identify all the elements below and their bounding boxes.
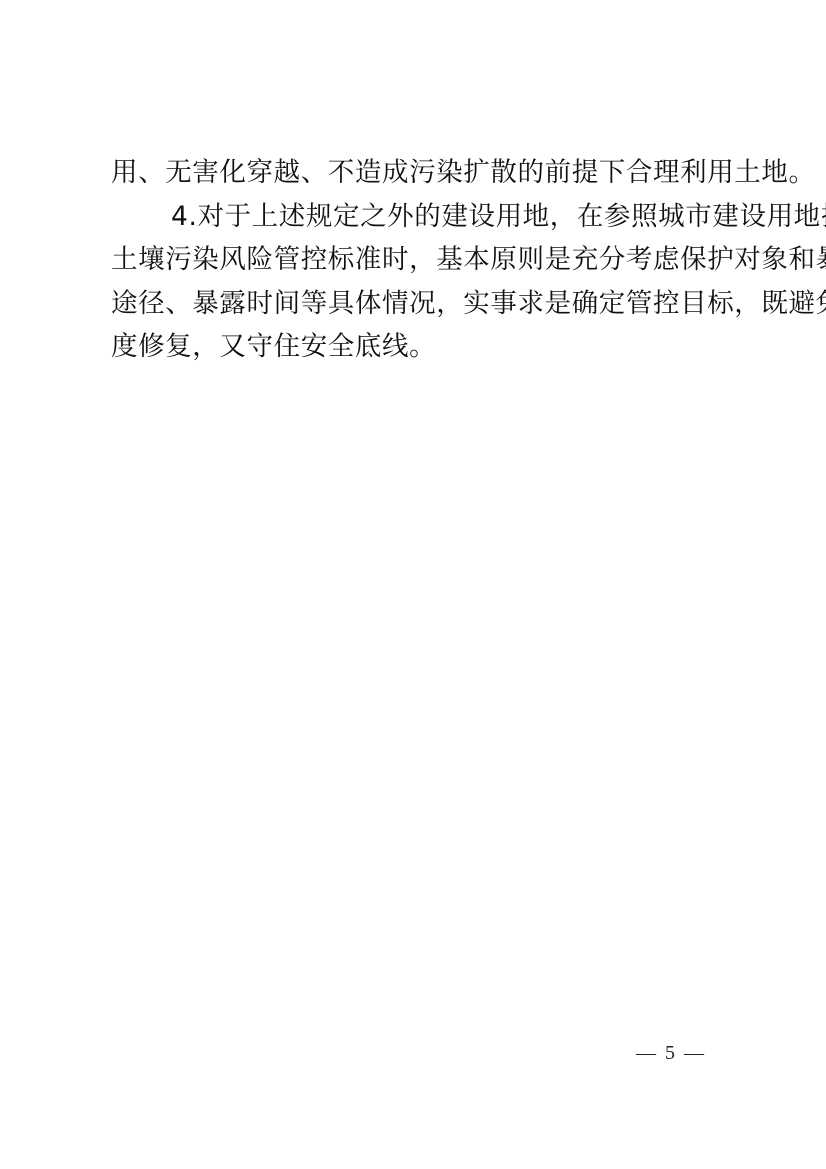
page-number: — 5 — (636, 1042, 706, 1065)
body-text: 用、无害化穿越、不造成污染扩散的前提下合理利用土地。 4.对于上述规定之外的建设… (111, 151, 727, 369)
paragraph-2-line-4: 度修复，又守住安全底线。 (111, 325, 727, 369)
paragraph-2-line-2: 土壤污染风险管控标准时，基本原则是充分考虑保护对象和暴露 (111, 238, 727, 282)
paragraph-1-line-1: 用、无害化穿越、不造成污染扩散的前提下合理利用土地。 (111, 151, 727, 195)
paragraph-2-line-3: 途径、暴露时间等具体情况，实事求是确定管控目标，既避免过 (111, 282, 727, 326)
document-page: 用、无害化穿越、不造成污染扩散的前提下合理利用土地。 4.对于上述规定之外的建设… (0, 0, 826, 1169)
paragraph-2-line-1: 4.对于上述规定之外的建设用地，在参照城市建设用地执行 (111, 195, 727, 239)
